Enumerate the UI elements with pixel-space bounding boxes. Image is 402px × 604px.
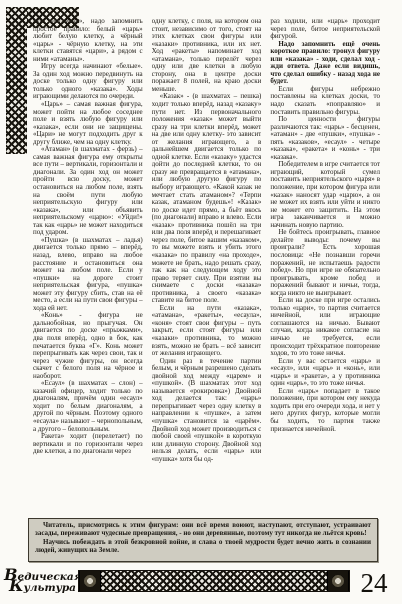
paragraph: Ракета» ходит (перелетает) по вертикали … [33,433,143,456]
paragraph: «Есаул» (в шахматах – слон) – казачий оф… [33,380,143,433]
page-number: 24 [350,566,398,597]
article-body: кую «атамана», надо запомнить простое пр… [33,18,380,518]
text-column-3: раз ходили, или «царь» проходит через по… [270,18,380,518]
paragraph: Если фигуры небрежно поставлены на клетк… [270,86,380,116]
paragraph: раз ходили, или «царь» проходит через по… [270,18,380,41]
paragraph: Если на пути «казака», «атамана», «ракет… [152,305,262,358]
band-pattern [101,571,327,591]
paragraph: Читатель, присмотрись к этим фигурам: он… [35,521,371,538]
paragraph: «Конь» - фигура не дальнобойная, но прыг… [33,312,143,380]
paragraph: По ценности фигуры различаются так: «цар… [270,116,380,161]
paragraph: Если «царь» попадает в такое положение, … [270,388,380,433]
paragraph: Победителем в игре считается тот играющи… [270,161,380,229]
ornament-left-bar [6,7,27,154]
paragraph: Если на доске при игре остались только «… [270,297,380,357]
band-end-ornament-right [327,571,349,591]
reader-callout-box: Читатель, присмотрись к этим фигурам: он… [28,518,378,562]
page-footer: Ведическая Культура 24 [4,560,398,602]
paragraph: Один раз в течение партии белым, и чёрны… [152,358,262,464]
scanned-book-page: кую «атамана», надо запомнить простое пр… [0,0,402,604]
paragraph: Если у вас остается «царь» и «есаул», ил… [270,358,380,388]
text-column-1: кую «атамана», надо запомнить простое пр… [33,18,143,518]
logo-line-2: Культура [9,581,78,593]
paragraph: кую «атамана», надо запомнить простое пр… [33,18,143,63]
paragraph: Надо запомнить ещё очень короткое правил… [270,41,380,86]
paragraph: «Царь» – самая важная фигура, может пойт… [33,101,143,146]
ornamental-band [78,570,350,592]
paragraph: «Казак» - (в шахматах – пешка) ходит тол… [152,93,262,304]
vedic-culture-logo: Ведическая Культура [4,570,78,593]
paragraph: одну клетку, с поля, на котором она стои… [152,18,262,93]
paragraph: «Атаман» (в шахматах - ферзь) – самая ва… [33,146,143,237]
band-end-ornament-left [79,571,101,591]
paragraph: «Пушка» (в шахматах – ладья) двигается т… [33,237,143,312]
paragraph: Игру всегда начинают «белые». За один хо… [33,63,143,101]
paragraph: Научись побеждать в этой безкровной войн… [35,538,371,555]
paragraph: Не бойтесь проигрывать, главное делайте … [270,229,380,297]
text-column-2: одну клетку, с поля, на котором она стои… [152,18,262,518]
